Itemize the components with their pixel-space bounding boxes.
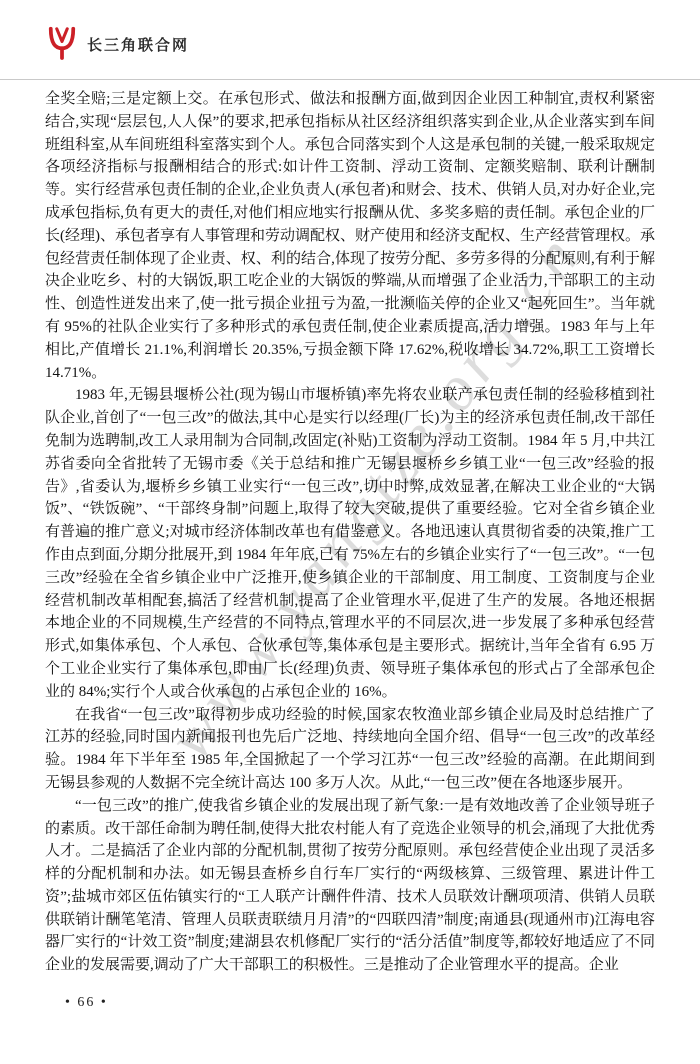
paragraph: “一包三改”的推广,使我省乡镇企业的发展出现了新气象:一是有效地改善了企业领导班… xyxy=(45,795,655,977)
document-body: 全奖全赔;三是定额上交。在承包形式、做法和报酬方面,做到因企业因工种制宜,责权利… xyxy=(45,88,655,1006)
paragraph: 在我省“一包三改”取得初步成功经验的时候,国家农牧渔业部乡镇企业局及时总结推广了… xyxy=(45,704,655,795)
paragraph: 1983 年,无锡县堰桥公社(现为锡山市堰桥镇)率先将农业联产承包责任制的经验移… xyxy=(45,384,655,703)
page-footer: • 66 • xyxy=(65,995,108,1011)
page-number: • 66 • xyxy=(65,995,108,1010)
site-header: 长三角联合网 xyxy=(0,0,700,80)
site-name: 长三角联合网 xyxy=(87,34,189,55)
site-logo-icon xyxy=(47,26,77,60)
paragraph: 全奖全赔;三是定额上交。在承包形式、做法和报酬方面,做到因企业因工种制宜,责权利… xyxy=(45,88,655,384)
document-page: 长三角联合网 www.yangtze.org.cn 全奖全赔;三是定额上交。在承… xyxy=(0,0,700,1064)
